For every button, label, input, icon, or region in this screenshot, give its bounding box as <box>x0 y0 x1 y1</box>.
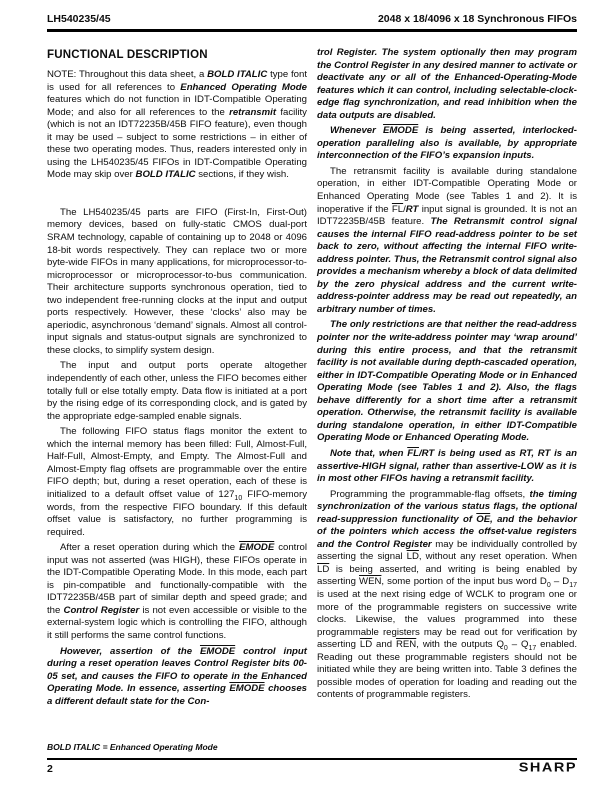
header-product-title: 2048 x 18/4096 x 18 Synchronous FIFOs <box>378 13 577 25</box>
text-run: The LH540235/45 parts are FIFO (First-In… <box>47 207 307 356</box>
text-run: Note that, when <box>330 448 407 459</box>
text-run: BOLD ITALIC <box>136 169 196 180</box>
header-rule <box>47 29 577 32</box>
text-run: FL <box>392 204 403 215</box>
text-run: BOLD ITALIC <box>47 742 100 752</box>
sharp-logo: SHARP <box>519 761 577 776</box>
text-run: WEN <box>359 576 381 587</box>
text-run: EMODE <box>383 125 418 136</box>
text-run: The input and output ports operate altog… <box>47 360 307 421</box>
right-column: trol Register. The system optionally the… <box>317 47 577 705</box>
datasheet-page: LH540235/45 2048 x 18/4096 x 18 Synchron… <box>0 0 612 792</box>
paragraph: NOTE: Throughout this data sheet, a BOLD… <box>47 69 307 182</box>
text-run: – Q <box>508 639 529 650</box>
text-run: Programming the programmable-flag offset… <box>330 489 530 500</box>
footer-legend: BOLD ITALIC = Enhanced Operating Mode <box>47 742 218 752</box>
text-run: , with the outputs Q <box>416 639 504 650</box>
text-run: trol Register. The system optionally the… <box>317 47 577 121</box>
text-run: REN <box>396 639 416 650</box>
text-run: OE <box>476 514 490 525</box>
text-run: However, assertion of the <box>60 646 200 657</box>
text-run: LD <box>407 551 419 562</box>
text-run: RT <box>406 204 419 215</box>
paragraph: Whenever EMODE is being asserted, interl… <box>317 125 577 163</box>
paragraph: The input and output ports operate altog… <box>47 360 307 423</box>
text-run: retransmit <box>229 107 276 118</box>
paragraph: Programming the programmable-flag offset… <box>317 489 577 702</box>
text-run: EMODE <box>200 646 235 657</box>
paragraph: trol Register. The system optionally the… <box>317 47 577 122</box>
text-run: EMODE <box>229 683 264 694</box>
paragraph: Note that, when FL/RT is being used as R… <box>317 448 577 486</box>
paragraph: After a reset operation during which the… <box>47 542 307 642</box>
text-run: Control Register <box>64 605 140 616</box>
text-run: EMODE <box>239 542 274 553</box>
text-run: Enhanced Operating Mode <box>180 82 307 93</box>
text-run: FL <box>407 448 419 459</box>
text-run: The Retransmit control signal causes the… <box>317 216 577 315</box>
text-run: LD <box>360 639 372 650</box>
text-run: and <box>372 639 396 650</box>
left-column: FUNCTIONAL DESCRIPTION NOTE: Throughout … <box>47 47 307 711</box>
text-run: – D <box>551 576 569 587</box>
two-column-body: FUNCTIONAL DESCRIPTION NOTE: Throughout … <box>47 47 577 711</box>
text-run: After a reset operation during which the <box>60 542 239 553</box>
paragraph: However, assertion of the EMODE control … <box>47 646 307 709</box>
text-run: BOLD ITALIC <box>207 69 267 80</box>
paragraph: The LH540235/45 parts are FIFO (First-In… <box>47 207 307 358</box>
section-title: FUNCTIONAL DESCRIPTION <box>47 49 307 62</box>
paragraph: The retransmit facility is available dur… <box>317 166 577 317</box>
text-run: = Enhanced Operating Mode <box>100 742 217 752</box>
page-number: 2 <box>47 763 53 775</box>
paragraph: The only restrictions are that neither t… <box>317 319 577 444</box>
paragraph: The following FIFO status flags monitor … <box>47 426 307 539</box>
text-run: LD <box>317 564 329 575</box>
text-run: , some portion of the input bus word D <box>381 576 546 587</box>
text-run: The only restrictions are that neither t… <box>317 319 577 443</box>
header-part-number: LH540235/45 <box>47 13 111 25</box>
text-run: Whenever <box>330 125 383 136</box>
text-run: NOTE: Throughout this data sheet, a <box>47 69 207 80</box>
footer-rule <box>47 758 577 760</box>
text-run: , without any reset operation. When <box>419 551 577 562</box>
text-run: sections, if they wish. <box>196 169 289 180</box>
